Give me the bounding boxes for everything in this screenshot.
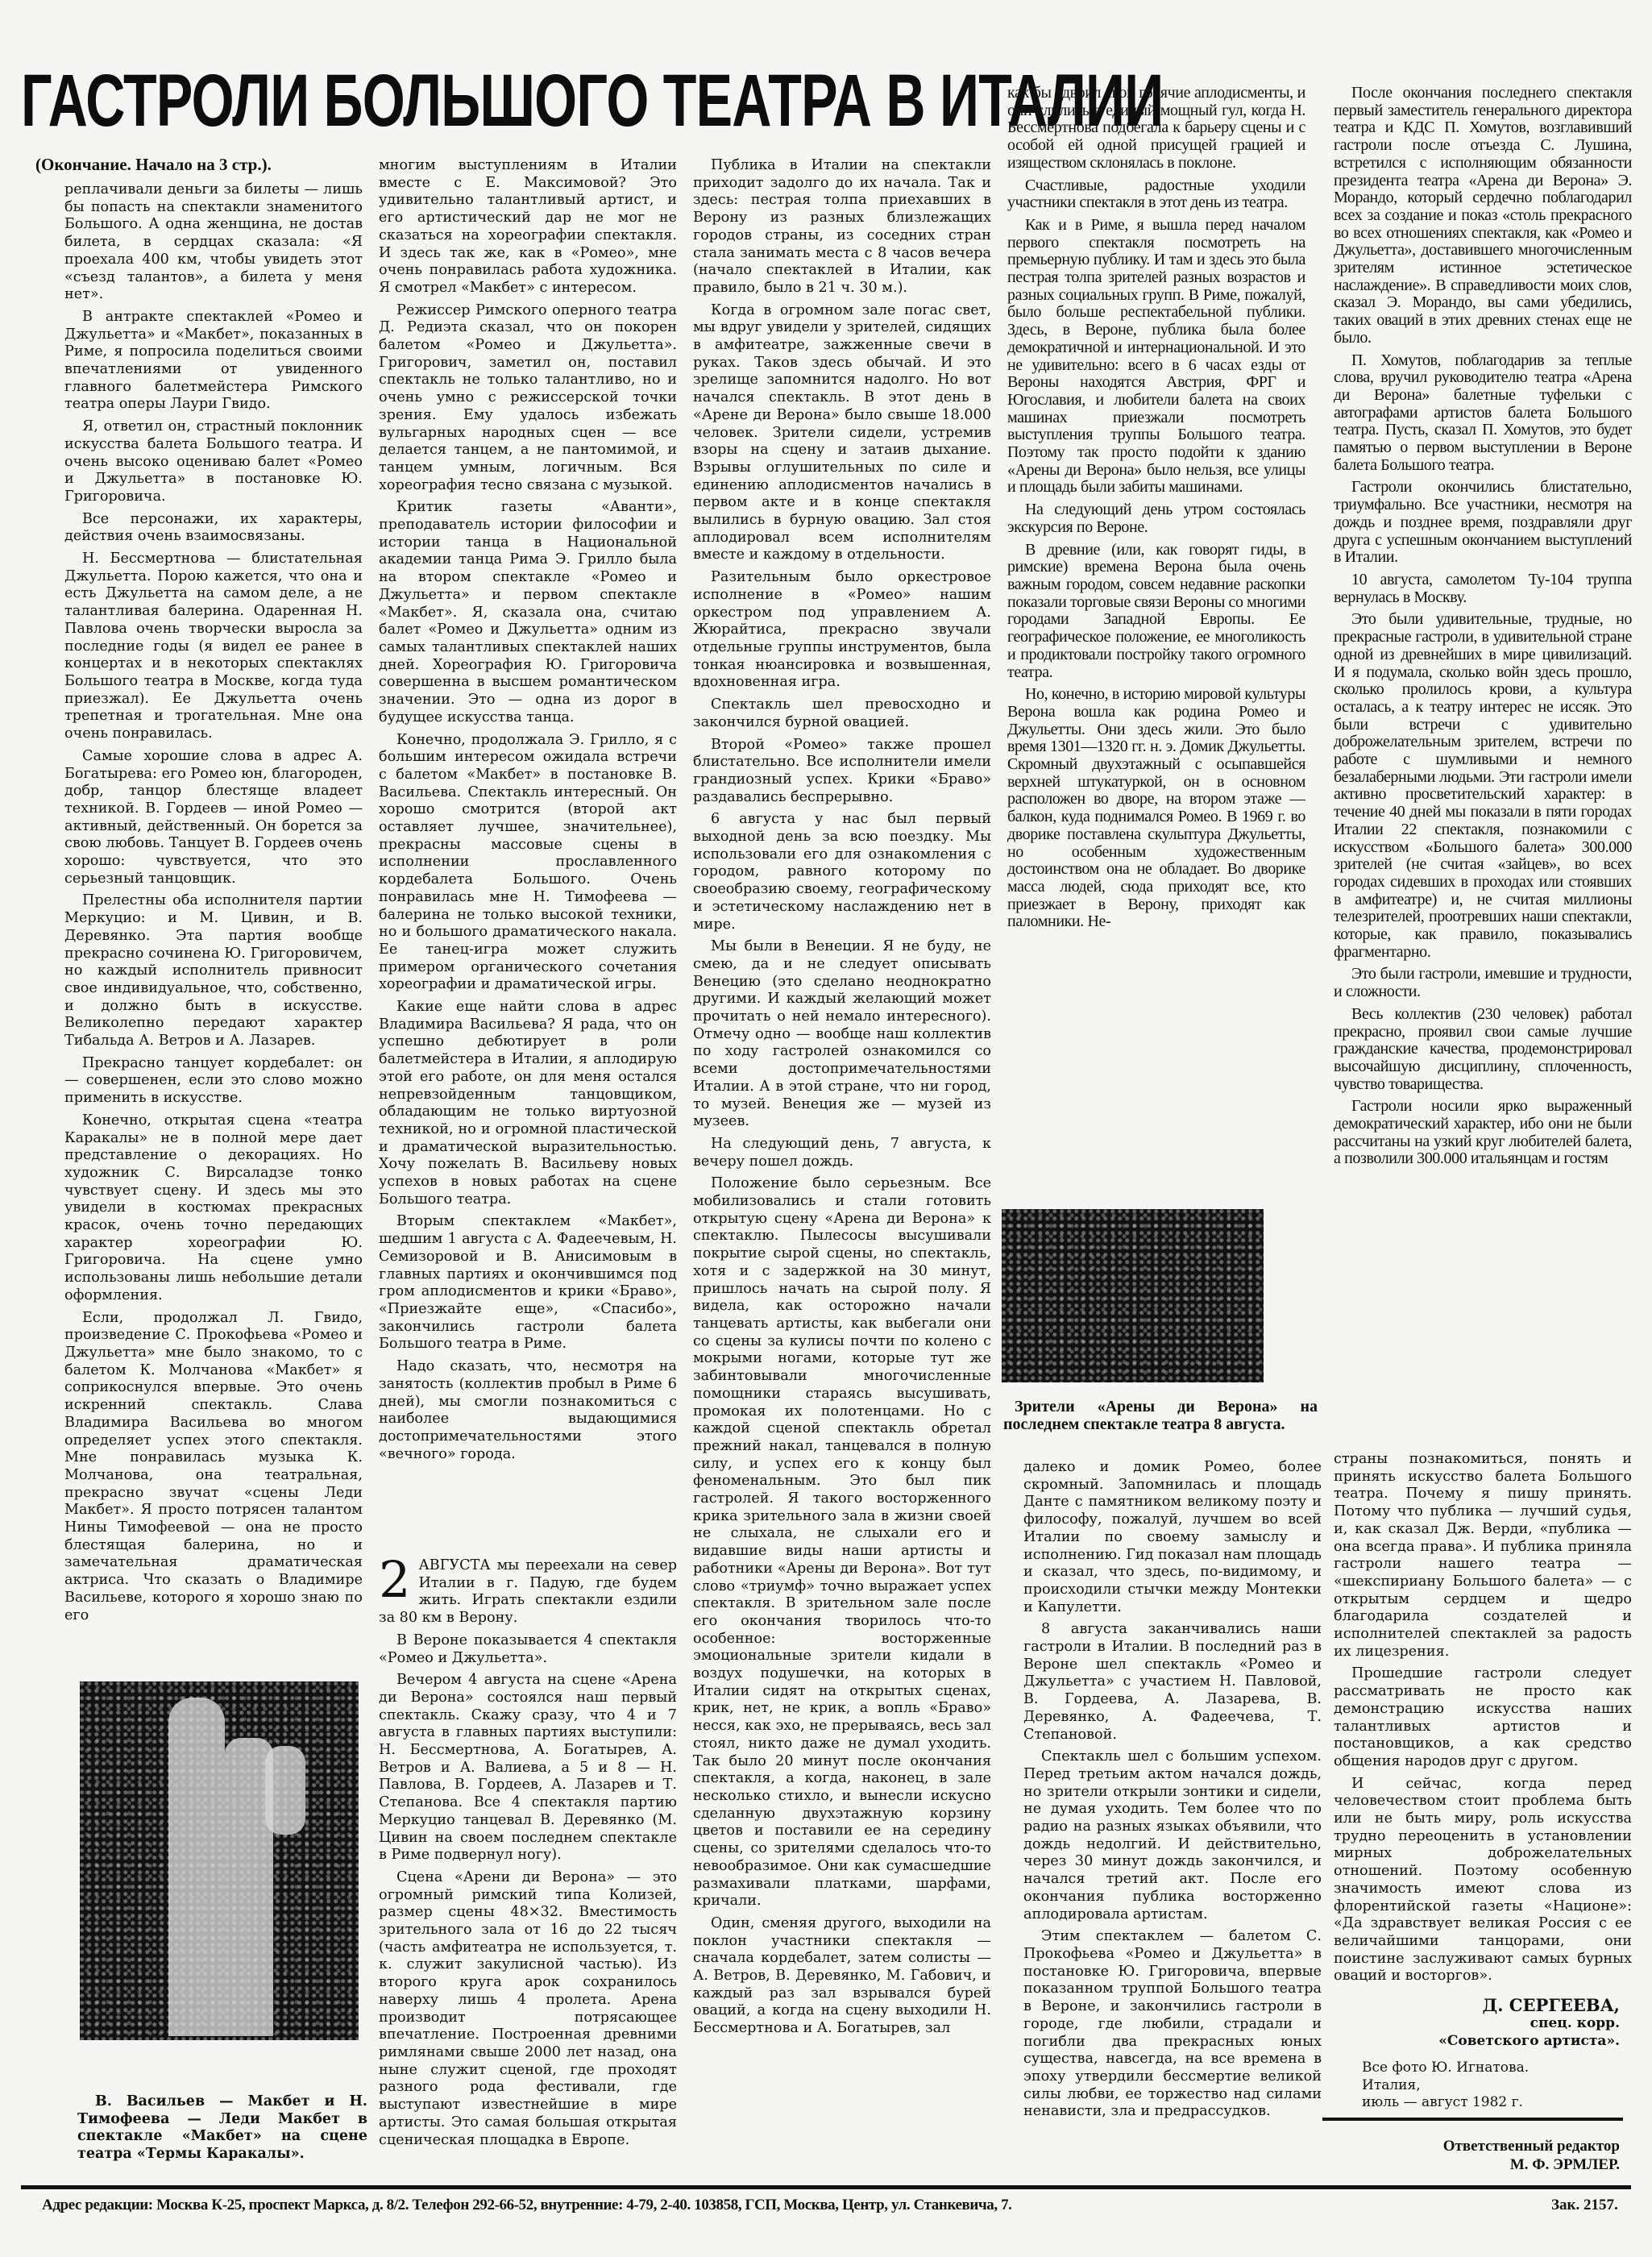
paragraph: страны познакомиться, понять и принять и… (1334, 1451, 1632, 1661)
paragraph: Публика в Италии на спектакли приходит з… (693, 157, 991, 297)
paragraph: Один, сменяя другого, выходили на поклон… (693, 1915, 991, 2038)
photo-caption-arena: Зрители «Арены ди Верона» на последнем с… (1003, 1399, 1318, 1433)
paragraph: Когда в огромном зале погас свет, мы вдр… (693, 302, 991, 565)
paragraph: В Вероне показывается 4 спектакля «Ромео… (379, 1632, 677, 1667)
paragraph: 6 августа у нас был первый выходной день… (693, 811, 991, 933)
dropcap: 2 (379, 1561, 410, 1599)
paragraph: Но, конечно, в историю мировой культуры … (1007, 686, 1305, 931)
paragraph: На следующий день, 7 августа, к вечеру п… (693, 1136, 991, 1170)
paragraph: Самые хорошие слова в адрес А. Богатырев… (64, 748, 363, 888)
column-5: После окончания последнего спектакля пер… (1334, 85, 1632, 1229)
dateline-place: Италия, (1362, 2077, 1523, 2094)
photo-macbeth (80, 1681, 359, 2040)
paragraph: Счастливые, радостные уходили участники … (1007, 177, 1305, 212)
paragraph: На следующий день утром состоялась экску… (1007, 501, 1305, 536)
column-4: как бы удвоил свои горячие аплодисменты,… (1007, 85, 1305, 1157)
paragraph: Режиссер Римского оперного театра Д. Ред… (379, 302, 677, 495)
photo-credit: Все фото Ю. Игнатова. (1362, 2060, 1529, 2076)
paragraph: Я, ответил он, страстный поклонник искус… (64, 418, 363, 506)
headline: ГАСТРОЛИ БОЛЬШОГО ТЕАТРА В ИТАЛИИ (21, 63, 752, 139)
paragraph: Положение было серьезным. Все мобилизова… (693, 1175, 991, 1910)
author-publication: «Советского артиста». (1438, 2033, 1620, 2049)
paragraph: Разительным было оркестровое исполнение … (693, 569, 991, 692)
paragraph: Спектакль шел превосходно и закончился б… (693, 696, 991, 731)
paragraph: Этим спектаклем — балетом С. Прокофьева … (1023, 1928, 1322, 2121)
paragraph: Вечером 4 августа на сцене «Арена ди Вер… (379, 1672, 677, 1864)
author-name: Д. СЕРГЕЕВА, (1483, 1995, 1620, 2015)
paragraph: Конечно, открытая сцена «театра Каракалы… (64, 1112, 363, 1305)
paragraph: После окончания последнего спектакля пер… (1334, 85, 1632, 347)
paragraph: Как и в Риме, я вышла перед началом перв… (1007, 217, 1305, 497)
paragraph: многим выступлениям в Италии вместе с Е.… (379, 157, 677, 297)
paragraph: Сцена «Арени ди Верона» — это огромный р… (379, 1869, 677, 2149)
paragraph: Прелестны оба исполнителя партии Меркуци… (64, 892, 363, 1050)
editor-name: М. Ф. ЭРМЛЕР. (1510, 2156, 1620, 2174)
paragraph: Какие еще найти слова в адрес Владимира … (379, 999, 677, 1208)
paragraph: Прошедшие гастроли следует рассматривать… (1334, 1665, 1632, 1770)
paragraph: В антракте спектаклей «Ромео и Джульетта… (64, 309, 363, 414)
paragraph: как бы удвоил свои горячие аплодисменты,… (1007, 85, 1305, 172)
paragraph: 8 августа заканчивались наши гастроли в … (1023, 1621, 1322, 1744)
dancer-figure (265, 1746, 305, 1835)
paragraph: Гастроли окончились блистательно, триумф… (1334, 479, 1632, 567)
dancer-figure (168, 1698, 225, 2036)
paragraph: Если, продолжал Л. Гвидо, произведение С… (64, 1310, 363, 1625)
footer-rule (21, 2185, 1631, 2189)
continuation-note: (Окончание. Начало на 3 стр.). (35, 155, 342, 175)
dateline-date: июль — август 1982 г. (1362, 2094, 1523, 2111)
paragraph: Критик газеты «Аванти», преподаватель ис… (379, 499, 677, 726)
column-4-continued: далеко и домик Ромео, более скромный. За… (1023, 1459, 1322, 2184)
paragraph: реплачивали деньги за билеты — лишь бы п… (64, 181, 363, 304)
author-title: спец. корр. (1530, 2015, 1620, 2031)
paragraph: Мы были в Венеции. Я не буду, не смею, д… (693, 938, 991, 1131)
editor-label: Ответственный редактор (1443, 2138, 1620, 2155)
column-2-continued: 2АВГУСТА мы переехали на север Италии в … (379, 1557, 677, 2186)
paragraph: Надо сказать, что, несмотря на занятость… (379, 1358, 677, 1463)
order-number: Зак. 2157. (1551, 2197, 1618, 2214)
paragraph: Это были удивительные, трудные, но прекр… (1334, 611, 1632, 961)
paragraph: Гастроли носили ярко выраженный демократ… (1334, 1098, 1632, 1168)
photo-caption-macbeth: В. Васильев — Макбет и Н. Тимофеева — Ле… (77, 2093, 367, 2163)
paragraph: Н. Бессмертнова — блистательная Джульетт… (64, 551, 363, 743)
column-3: Публика в Италии на спектакли приходит з… (693, 157, 991, 2188)
paragraph: И сейчас, когда перед человечеством стои… (1334, 1776, 1632, 1983)
dateline: Италия, июль — август 1982 г. (1362, 2077, 1523, 2111)
paragraph: Все персонажи, их характеры, действия оч… (64, 511, 363, 546)
paragraph: Спектакль шел с большим успехом. Перед т… (1023, 1748, 1322, 1923)
column-1: реплачивали деньги за билеты — лишь бы п… (64, 181, 363, 1652)
paragraph: Второй «Ромео» также прошел блистательно… (693, 737, 991, 807)
editorial-address: Адрес редакции: Москва К-25, проспект Ма… (42, 2197, 1012, 2214)
column-2: многим выступлениям в Италии вместе с Е.… (379, 157, 677, 1519)
paragraph-with-dropcap: 2АВГУСТА мы переехали на север Италии в … (379, 1557, 677, 1627)
paragraph: Это были гастроли, имевшие и трудности, … (1334, 966, 1632, 1000)
paragraph: П. Хомутов, поблагодарив за теплые слова… (1334, 352, 1632, 475)
paragraph: Прекрасно танцует кордебалет: он — совер… (64, 1055, 363, 1108)
paragraph: далеко и домик Ромео, более скромный. За… (1023, 1459, 1322, 1616)
photo-arena-audience (1002, 1209, 1264, 1382)
paragraph: В древние (или, как говорят гиды, в римс… (1007, 542, 1305, 682)
article-end-rule (1322, 2118, 1623, 2121)
paragraph: 10 августа, самолетом Ту-104 труппа верн… (1334, 572, 1632, 606)
column-5-continued: страны познакомиться, понять и принять и… (1334, 1451, 1632, 1983)
paragraph: Конечно, продолжала Э. Грилло, я с больш… (379, 732, 677, 995)
paragraph: Весь коллектив (230 человек) работал пре… (1334, 1006, 1632, 1094)
paragraph: Вторым спектаклем «Макбет», шедшим 1 авг… (379, 1213, 677, 1353)
